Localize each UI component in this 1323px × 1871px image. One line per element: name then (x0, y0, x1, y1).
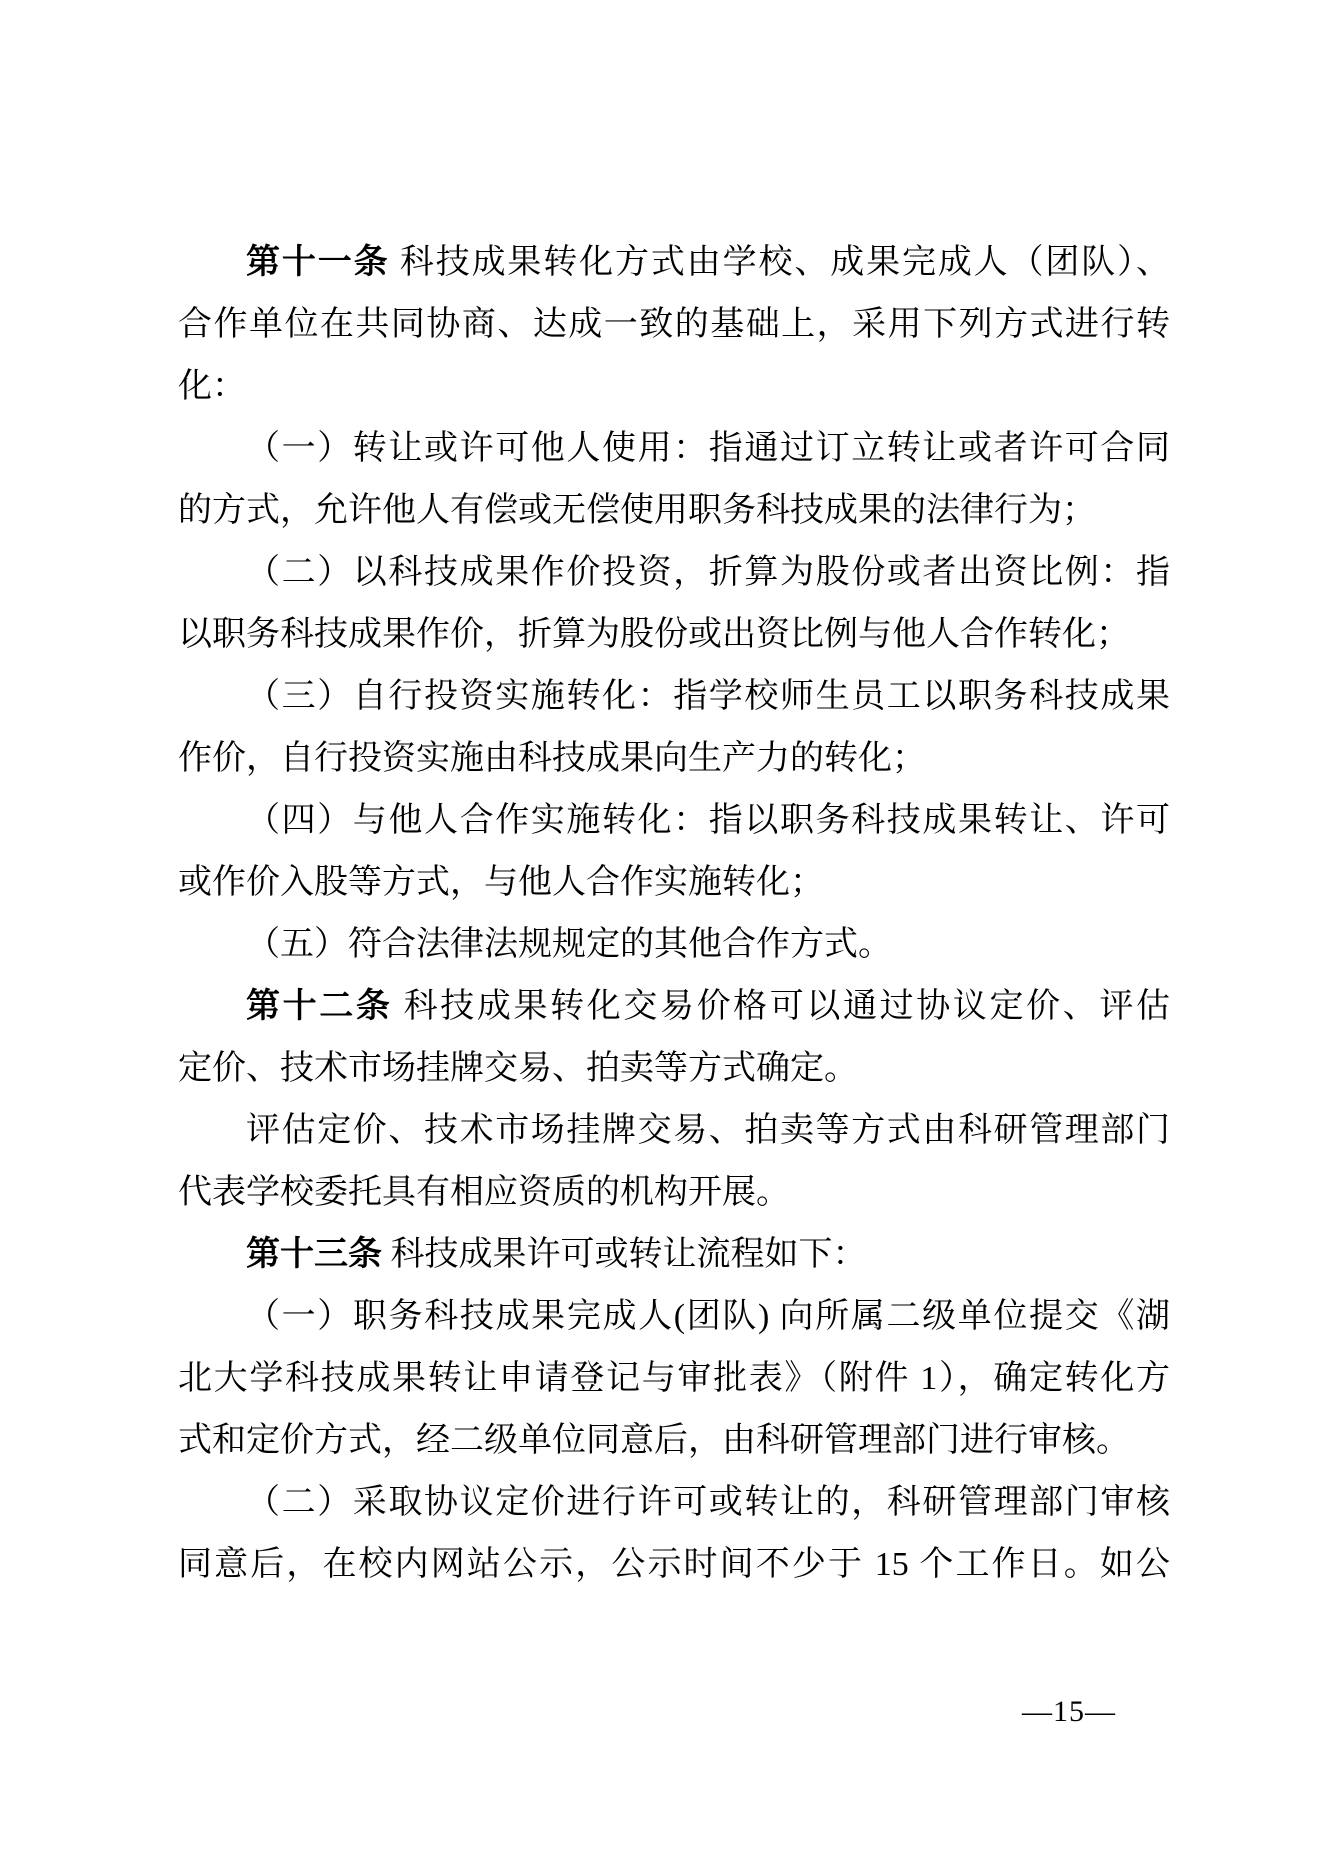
line-text: 合作单位在共同协商、达成一致的基础上，采用下列方式进行转 (178, 306, 1170, 343)
document-page: 第十一条 科技成果转化方式由学校、成果完成人（团队）、 合作单位在共同协商、达成… (0, 0, 1323, 1871)
line-text: 同意后，在校内网站公示，公示时间不少于 15 个工作日。如公 (178, 1546, 1170, 1583)
line-text: 的方式，允许他人有偿或无偿使用职务科技成果的法律行为； (178, 492, 1096, 529)
text-line: 的方式，允许他人有偿或无偿使用职务科技成果的法律行为； (178, 480, 1170, 542)
text-line-item-2: （二）采取协议定价进行许可或转让的，科研管理部门审核 (178, 1472, 1170, 1534)
text-line: 或作价入股等方式，与他人合作实施转化； (178, 852, 1170, 914)
line-text: （三）自行投资实施转化：指学校师生员工以职务科技成果 (246, 678, 1170, 715)
text-line-article-11: 第十一条 科技成果转化方式由学校、成果完成人（团队）、 (178, 232, 1170, 294)
text-line-item-2: （二）以科技成果作价投资，折算为股份或者出资比例：指 (178, 542, 1170, 604)
line-text: 科技成果转化交易价格可以通过协议定价、评估 (392, 988, 1170, 1025)
page-number: —15— (1022, 1692, 1116, 1732)
article-12-number: 第十二条 (246, 988, 392, 1025)
document-body: 第十一条 科技成果转化方式由学校、成果完成人（团队）、 合作单位在共同协商、达成… (178, 232, 1170, 1596)
line-text: 科技成果许可或转让流程如下： (382, 1236, 867, 1273)
text-line: 以职务科技成果作价，折算为股份或出资比例与他人合作转化； (178, 604, 1170, 666)
line-text: （二）采取协议定价进行许可或转让的，科研管理部门审核 (246, 1484, 1170, 1521)
text-line: 合作单位在共同协商、达成一致的基础上，采用下列方式进行转 (178, 294, 1170, 356)
article-11-number: 第十一条 (246, 244, 389, 281)
line-text: 代表学校委托具有相应资质的机构开展。 (178, 1174, 790, 1211)
line-text: 北大学科技成果转让申请登记与审批表》（附件 1），确定转化方 (178, 1360, 1170, 1397)
text-line-article-12: 第十二条 科技成果转化交易价格可以通过协议定价、评估 (178, 976, 1170, 1038)
text-line-item-5: （五）符合法律法规规定的其他合作方式。 (178, 914, 1170, 976)
line-text: 定价、技术市场挂牌交易、拍卖等方式确定。 (178, 1050, 858, 1087)
text-line: 作价，自行投资实施由科技成果向生产力的转化； (178, 728, 1170, 790)
text-line: 定价、技术市场挂牌交易、拍卖等方式确定。 (178, 1038, 1170, 1100)
line-text: 以职务科技成果作价，折算为股份或出资比例与他人合作转化； (178, 616, 1130, 653)
line-text: 或作价入股等方式，与他人合作实施转化； (178, 864, 824, 901)
text-line: 同意后，在校内网站公示，公示时间不少于 15 个工作日。如公 (178, 1534, 1170, 1596)
line-text: （一）转让或许可他人使用：指通过订立转让或者许可合同 (246, 430, 1170, 467)
text-line: 北大学科技成果转让申请登记与审批表》（附件 1），确定转化方 (178, 1348, 1170, 1410)
article-13-number: 第十三条 (246, 1236, 382, 1273)
line-text: 式和定价方式，经二级单位同意后，由科研管理部门进行审核。 (178, 1422, 1130, 1459)
text-line: 式和定价方式，经二级单位同意后，由科研管理部门进行审核。 (178, 1410, 1170, 1472)
text-line-article-13: 第十三条 科技成果许可或转让流程如下： (178, 1224, 1170, 1286)
line-text: （四）与他人合作实施转化：指以职务科技成果转让、许可 (246, 802, 1170, 839)
line-text: 评估定价、技术市场挂牌交易、拍卖等方式由科研管理部门 (246, 1112, 1170, 1149)
text-line: 评估定价、技术市场挂牌交易、拍卖等方式由科研管理部门 (178, 1100, 1170, 1162)
line-text: （五）符合法律法规规定的其他合作方式。 (246, 926, 892, 963)
line-text: 作价，自行投资实施由科技成果向生产力的转化； (178, 740, 926, 777)
line-text: （二）以科技成果作价投资，折算为股份或者出资比例：指 (246, 554, 1170, 591)
line-text: 化： (178, 368, 246, 405)
text-line-item-1: （一）职务科技成果完成人(团队) 向所属二级单位提交《湖 (178, 1286, 1170, 1348)
text-line-item-1: （一）转让或许可他人使用：指通过订立转让或者许可合同 (178, 418, 1170, 480)
line-text: （一）职务科技成果完成人(团队) 向所属二级单位提交《湖 (246, 1298, 1170, 1335)
text-line: 化： (178, 356, 1170, 418)
text-line: 代表学校委托具有相应资质的机构开展。 (178, 1162, 1170, 1224)
text-line-item-4: （四）与他人合作实施转化：指以职务科技成果转让、许可 (178, 790, 1170, 852)
line-text: 科技成果转化方式由学校、成果完成人（团队）、 (389, 244, 1170, 281)
text-line-item-3: （三）自行投资实施转化：指学校师生员工以职务科技成果 (178, 666, 1170, 728)
